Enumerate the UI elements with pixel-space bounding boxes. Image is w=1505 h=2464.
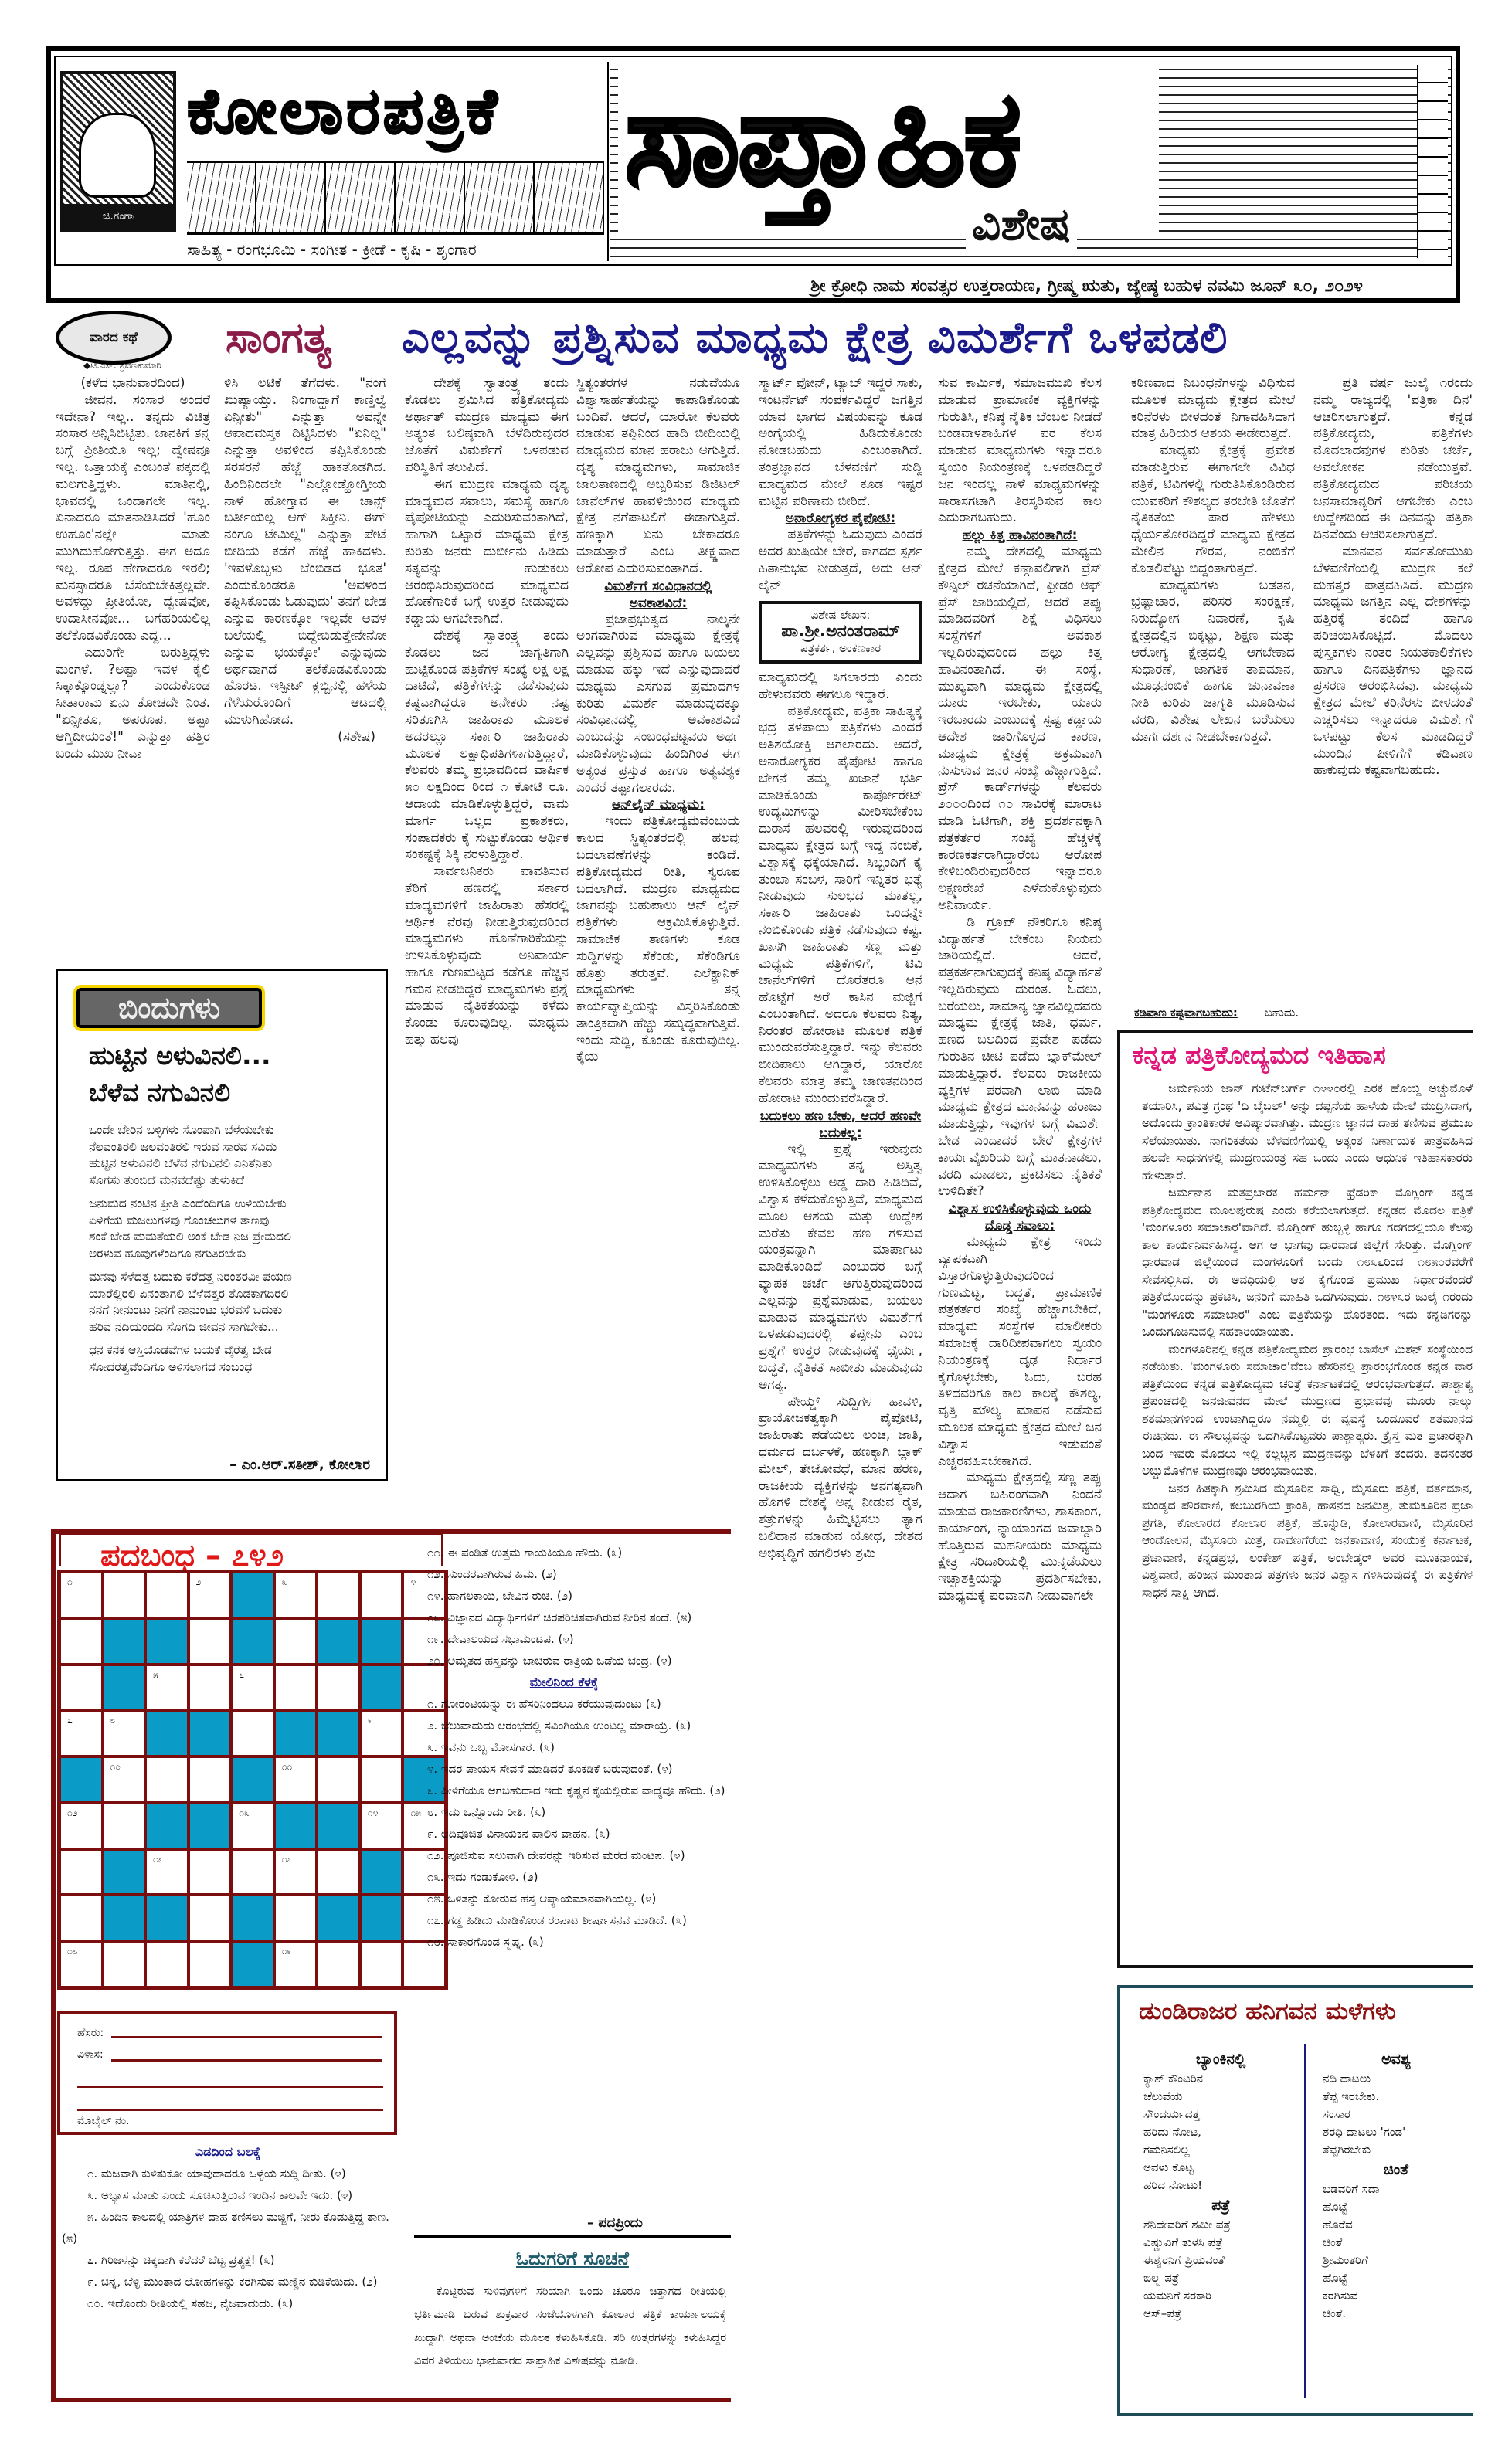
byline-name: ಪಾ.ಶ್ರೀ.ಅನಂತರಾಮ್ xyxy=(763,623,918,640)
crossword-cell[interactable]: ೧೧ xyxy=(274,1756,318,1803)
poem-line: ಹರಿದು ನೋಟ, xyxy=(1143,2123,1298,2141)
story-paragraph: ಎದುರಿಗೇ ಬರುತ್ತಿದ್ದಳು ಮಂಗಳೆ. ?ಅಪ್ಪಾ ಇವಳ ಕ… xyxy=(56,645,210,763)
crossword-cell[interactable]: ೧೯ xyxy=(274,1941,318,1987)
crossword-cell[interactable] xyxy=(59,1849,103,1896)
crossword-block-cell xyxy=(231,1941,274,1987)
crossword-cell[interactable]: ೮ xyxy=(103,1710,146,1756)
crossword-block-cell xyxy=(274,1710,318,1756)
clue: ೧೨. ಸುಂದರವಾಗಿರುವ ಹಿಮ. (೨) xyxy=(402,1563,726,1585)
crossword-block-cell xyxy=(103,1665,146,1711)
article-subheading: ಹಲ್ಲು ಕಿತ್ತ ಹಾವಿನಂತಾಗಿದೆ: xyxy=(938,527,1102,544)
crossword-block-cell xyxy=(103,1895,146,1941)
article-column-3: ಸ್ಮಾರ್ಟ್ ಫೋನ್, ಟ್ಯಾಬ್ ಇದ್ದರೆ ಸಾಕು, ಇಂಟರ್… xyxy=(759,375,922,1563)
article-paragraph: ಪ್ರಜಾಪ್ರಭುತ್ವದ ನಾಲ್ಕನೇ ಅಂಗವಾಗಿರುವ ಮಾಧ್ಯಮ… xyxy=(576,612,740,797)
crossword-block-cell xyxy=(231,1895,274,1941)
address-field[interactable] xyxy=(111,2059,382,2062)
crossword-block-cell xyxy=(103,1618,146,1665)
clue: ೩. ಅಭ್ಯಾಸ ಮಾಡು ಎಂದು ಸೂಚಿಸುತ್ತಿರುವ ಇಂದಿನ … xyxy=(62,2184,394,2206)
decorative-border xyxy=(1417,65,1448,258)
crossword-block-cell xyxy=(231,1572,274,1618)
sports-icon xyxy=(396,163,465,232)
crossword-block-cell xyxy=(231,1756,274,1803)
masthead-right-logo: ಸಾಪ್ತಾಹಿಕ ವಿಶೇಷ xyxy=(610,62,1451,261)
crossword-block-cell xyxy=(360,1849,403,1896)
article-paragraph: ದೇಶಕ್ಕೆ ಸ್ವಾತಂತ್ರ್ಯ ತಂದು ಕೊಡಲು ಶ್ರಮಿಸಿದ … xyxy=(405,375,569,477)
supplement-title: ಸಾಪ್ತಾಹಿಕ xyxy=(618,62,1159,239)
crossword-cell[interactable]: ೭ xyxy=(59,1710,103,1756)
history-paragraph: ಜರ್ಮನ್‌ನ ಮತಪ್ರಚಾರಕ ಹರ್ಮನ್ ಫ್ರೆಡರಿಕ್ ಮೊಗ್… xyxy=(1142,1184,1473,1341)
crossword-cell[interactable] xyxy=(274,1665,318,1711)
poem-heading: ಚಿಂತೆ xyxy=(1323,2159,1469,2181)
poem-line: ಶನಿದೇವರಿಗೆ ಶಮೀ ಪತ್ರೆ xyxy=(1143,2216,1298,2234)
column-divider xyxy=(1304,2044,1306,2398)
crossword-cell[interactable] xyxy=(360,1572,403,1618)
article-paragraph: ಸುವ ಕಾರ್ಮಿಕ, ಸಮಾಜಮುಖಿ ಕೆಲಸ ಮಾಡುವ ಪ್ರಾಮಾಣ… xyxy=(938,375,1102,527)
crossword-cell[interactable] xyxy=(145,1941,189,1987)
poem-line: ಆಸ್–ಪತ್ರೆ xyxy=(1143,2305,1298,2323)
article-paragraph: ಕಠಿಣವಾದ ನಿಬಂಧನೆಗಳನ್ನು ವಿಧಿಸುವ ಮೂಲಕ ಮಾಧ್ಯ… xyxy=(1131,375,1295,443)
poem-author: – ಎಂ.ಆರ್.ಸತೀಶ್, ಕೋಲಾರ xyxy=(229,1457,370,1473)
story-author: ◆ಟಿ.ಎಸ್. ಶ್ರವಣಕುಮಾರಿ xyxy=(83,360,161,372)
poem-heading: ಪತ್ರೆ xyxy=(1143,2194,1298,2216)
crossword-cell[interactable] xyxy=(145,1572,189,1618)
crossword-byline: – ಪದಪ್ರಿಂದು xyxy=(587,2215,643,2231)
reader-notice-body: ಕೊಟ್ಟಿರುವ ಸುಳಿವುಗಳಿಗೆ ಸರಿಯಾಗಿ ಒಂದು ಚೂರೂ … xyxy=(414,2280,726,2373)
crossword-block-cell xyxy=(145,1895,189,1941)
crossword-cell[interactable]: ೧೦ xyxy=(103,1756,146,1803)
closing-subheading: ಕಡಿವಾಣ ಕಷ್ಟವಾಗಬಹುದು: ಬಹುದು. xyxy=(1134,1006,1299,1020)
article-paragraph: ಪೇಯ್ಡ್ ಸುದ್ದಿಗಳ ಹಾವಳಿ, ಪ್ರಾಯೋಜಕತ್ವಕ್ಕಾಗಿ… xyxy=(759,1394,922,1563)
crossword-cell[interactable] xyxy=(231,1710,274,1756)
crossword-cell[interactable]: ೧೪ xyxy=(360,1803,403,1849)
crossword-cell[interactable] xyxy=(59,1665,103,1711)
poem-line: ಈಶ್ವರನಿಗೆ ಪ್ರಿಯವಂತೆ xyxy=(1143,2252,1298,2269)
article-paragraph: ಇಲ್ಲಿ ಪ್ರಶ್ನೆ ಇರುವುದು ಮಾಧ್ಯಮಗಳು ತನ್ನ ಅಸ್… xyxy=(759,1142,922,1394)
article-paragraph: ಸ್ಮಾರ್ಟ್ ಫೋನ್, ಟ್ಯಾಬ್ ಇದ್ದರೆ ಸಾಕು, ಇಂಟರ್… xyxy=(759,375,922,510)
poem-line: ಹೊರೆವ xyxy=(1323,2216,1469,2234)
clue: ೧೨. ಪೂಜಿಸುವ ಸಲುವಾಗಿ ದೇವರನ್ನು ಇರಿಸುವ ಮರದ … xyxy=(402,1845,726,1866)
crossword-cell[interactable] xyxy=(103,1572,146,1618)
article-subheading: ಆನ್‌ಲೈನ್ ಮಾಧ್ಯಮ: xyxy=(576,796,740,813)
crossword-cell[interactable] xyxy=(189,1849,232,1896)
history-paragraph: ಜನರ ಹಿತಕ್ಕಾಗಿ ಶ್ರಮಿಸಿದ ಮೈಸೂರಿನ ಸಾಧ್ವಿ, ಮ… xyxy=(1142,1480,1473,1602)
story-column-1: (ಕಳೆದ ಭಾನುವಾರದಿಂದ) ಜೀವನ. ಸಂಸಾರ ಅಂದರೆ ಇದೇ… xyxy=(56,375,210,762)
crossword-block-cell xyxy=(145,1618,189,1665)
poem-line: ನದಿ ದಾಟಲು xyxy=(1323,2070,1469,2088)
poem-title-line-2: ಬೆಳೆವ ನಗುವಿನಲಿ xyxy=(89,1074,271,1112)
poem-title: ಹುಟ್ಟಿನ ಅಳುವಿನಲಿ... ಬೆಳೆವ ನಗುವಿನಲಿ xyxy=(89,1037,271,1112)
agriculture-icon xyxy=(465,163,535,232)
mobile-label: ಮೊಬೈಲ್ ನಂ. xyxy=(77,2115,129,2127)
byline-role: ಪತ್ರಕರ್ತ, ಅಂಕಣಕಾರ xyxy=(763,640,918,657)
crossword-block-cell xyxy=(103,1849,146,1896)
crossword-cell[interactable] xyxy=(360,1941,403,1987)
clue: ೬. ಪೀಳಿಗೆಯೂ ಆಗಬಹುದಾದ ಇದು ಕೃಷ್ಣನ ಕೈಯಲ್ಲಿರ… xyxy=(402,1780,726,1801)
crossword-cell[interactable]: ೧೩ xyxy=(231,1803,274,1849)
poem-line: ತೆಪ್ಪಗಿರಬೇಕು xyxy=(1323,2141,1469,2159)
clue: ೧. ಗೋರಂಟಿಯನ್ನು ಈ ಹೆಸರಿನಿಂದಲೂ ಕರೆಯುವುದುಂಟ… xyxy=(402,1693,726,1715)
clue: ೧೧. ಈ ಪಂಡಿತೆ ಉತ್ತಮ ಗಾಯಕಿಯೂ ಹೌದು. (೩) xyxy=(402,1542,726,1563)
dundiraja-title: ಡುಂಡಿರಾಜರ ಹನಿಗವನ ಮಳೆಗಳು xyxy=(1139,1997,1396,2026)
emblem-caption: ಚಿ.ಗಂಗಾ xyxy=(63,204,173,229)
poem-line: ಚಿಂತೆ xyxy=(1323,2234,1469,2252)
main-headline: ಎಲ್ಲವನ್ನು ಪ್ರಶ್ನಿಸುವ ಮಾಧ್ಯಮ ಕ್ಷೇತ್ರ ವಿಮರ… xyxy=(402,307,1228,369)
clue: ೧೭. ಗಡ್ಡ ಹಿಡಿದು ಮಾಡಿಕೊಂಡ ರಂಪಾಟ ಶೀರ್ಷಾಸನವ… xyxy=(402,1909,726,1931)
poem-line: ಹೊಟ್ಟೆ xyxy=(1323,2198,1469,2216)
crossword-grid: ೧೨೩೪೫೬೭೮೯೧೦೧೧೧೨೧೩೧೪೧೫೧೬೧೭೧೮೧೯ xyxy=(57,1570,448,1990)
poem-stanza: ಮನವು ಸೆಳೆದತ್ತ ಬದುಕು ಕರೆದತ್ತ ನಿರಂತರವೀ ಪಯಣ… xyxy=(89,1269,382,1336)
crossword-cell[interactable] xyxy=(317,1756,360,1803)
clue: ೨೦. ಅಮೃತದ ಹಸ್ತವನ್ನು ಚಾಚಿರುವ ರಾತ್ರಿಯ ಒಡೆಯ… xyxy=(402,1650,726,1672)
address-label: ವಿಳಾಸ: xyxy=(77,2048,104,2061)
poem-heading: ಅವಶ್ಯ xyxy=(1323,2048,1469,2070)
crossword-block-cell xyxy=(189,1710,232,1756)
article-paragraph: ಮಾಧ್ಯಮಗಳು ಬಡತನ, ಭ್ರಷ್ಟಾಚಾರ, ಪರಿಸರ ಸಂರಕ್ಷ… xyxy=(1131,578,1295,746)
story-title: ಸಾಂಗತ್ಯ xyxy=(226,307,331,369)
poem-box: ಬಿಂದುಗಳು ಹುಟ್ಟಿನ ಅಳುವಿನಲಿ... ಬೆಳೆವ ನಗುವಿ… xyxy=(56,969,388,1481)
clue: ೧೯. ದೇವಾಲಯದ ಸಭಾಮಂಟಪ. (೪) xyxy=(402,1628,726,1650)
article-column-5: ಕಠಿಣವಾದ ನಿಬಂಧನೆಗಳನ್ನು ವಿಧಿಸುವ ಮೂಲಕ ಮಾಧ್ಯ… xyxy=(1131,375,1295,746)
history-paragraph: ಜರ್ಮನಿಯ ಜಾನ್ ಗುಟೆನ್‌ಬರ್ಗ್ ೧೪೪೦ರಲ್ಲಿ ಎರಕ … xyxy=(1142,1080,1473,1184)
crossword-cell[interactable] xyxy=(317,1849,360,1896)
article-column-2: ಸ್ಥಿತ್ಯಂತರಗಳ ನಡುವೆಯೂ ವಿಶ್ವಾಸಾರ್ಹತೆಯನ್ನು … xyxy=(576,375,740,1066)
article-paragraph: ಮಾಧ್ಯಮದಲ್ಲಿ ಸಿಗಲಾರದು ಎಂದು ಹೇಳುವವರು ಈಗಲೂ … xyxy=(759,670,922,704)
elephant-emblem: ಚಿ.ಗಂಗಾ xyxy=(60,71,176,232)
crossword-cell[interactable]: ೩ xyxy=(274,1572,318,1618)
article-paragraph: ಸಾರ್ವಜನಿಕರು ಪಾವತಿಸುವ ತೆರಿಗೆ ಹಣದಲ್ಲಿ ಸರ್ಕ… xyxy=(405,864,569,1049)
crossword-cell[interactable] xyxy=(103,1803,146,1849)
down-heading: ಮೇಲಿನಿಂದ ಕೆಳಕ್ಕೆ xyxy=(402,1672,726,1693)
crossword-cell[interactable] xyxy=(189,1665,232,1711)
closing-subheading-label: ಕಡಿವಾಣ ಕಷ್ಟವಾಗಬಹುದು: xyxy=(1134,1006,1238,1020)
crossword-cell[interactable] xyxy=(189,1895,232,1941)
crossword-cell[interactable] xyxy=(360,1756,403,1803)
arts-illustration-strip xyxy=(187,161,604,235)
poem-line: ಯಮನಿಗೆ ಸರಕಾರಿ xyxy=(1143,2287,1298,2305)
crossword-cell[interactable] xyxy=(231,1849,274,1896)
crossword-block-cell xyxy=(360,1665,403,1711)
article-paragraph: ಸ್ಥಿತ್ಯಂತರಗಳ ನಡುವೆಯೂ ವಿಶ್ವಾಸಾರ್ಹತೆಯನ್ನು … xyxy=(576,375,740,578)
poem-line: ಬಿಲ್ವ ಪತ್ರೆ xyxy=(1143,2269,1298,2287)
article-paragraph: ಮಾಧ್ಯಮ ಕ್ಷೇತ್ರ ಇಂದು ವ್ಯಾಪಕವಾಗಿ ವಿಸ್ತಾರಗೊ… xyxy=(938,1234,1102,1470)
weekly-story-badge: ವಾರದ ಕಥೆ xyxy=(56,311,172,365)
poem-line: ವಿಷ್ಣುವಿಗೆ ತುಳಸಿ ಪತ್ರೆ xyxy=(1143,2234,1298,2252)
crossword-block-cell xyxy=(274,1803,318,1849)
clue: ೧೦. ಇದೊಂದು ರೀತಿಯಲ್ಲಿ ಸಹಜ, ನೈಜವಾದುದು. (೩) xyxy=(62,2293,394,2314)
newspaper-title: ಕೋಲಾರಪತ್ರಿಕೆ xyxy=(187,70,604,154)
crossword-block-cell xyxy=(145,1710,189,1756)
story-column-2: ಳಿಸಿ ಲಟಿಕೆ ತೆಗೆದಳು. "ನಂಗೆ ಖುಷ್ಯಾಯ್ತು. ನಿ… xyxy=(224,375,386,746)
history-body: ಜರ್ಮನಿಯ ಜಾನ್ ಗುಟೆನ್‌ಬರ್ಗ್ ೧೪೪೦ರಲ್ಲಿ ಎರಕ … xyxy=(1142,1080,1473,1601)
article-column-4: ಸುವ ಕಾರ್ಮಿಕ, ಸಮಾಜಮುಖಿ ಕೆಲಸ ಮಾಡುವ ಪ್ರಾಮಾಣ… xyxy=(938,375,1102,1605)
clue: ೧೮. ಸಾಕಾರಗೊಂಡ ಸ್ವಪ್ನ. (೩) xyxy=(402,1931,726,1953)
article-paragraph: ನಮ್ಮ ದೇಶದಲ್ಲಿ ಮಾಧ್ಯಮ ಕ್ಷೇತ್ರದ ಮೇಲೆ ಕಣ್ಗಾ… xyxy=(938,544,1102,915)
poem-line: ಹೊಟ್ಟೆ xyxy=(1323,2269,1469,2287)
poem-heading: ಬ್ಯಾಂಕಿನಲ್ಲಿ xyxy=(1143,2048,1298,2070)
clue: ೪. ಇದರ ಪಾಯಸ ಸೇವನೆ ಮಾಡಿದರೆ ತೂಕಡಿಕೆ ಬರುವುದ… xyxy=(402,1758,726,1780)
name-field[interactable] xyxy=(111,2036,382,2038)
crossword-cell[interactable] xyxy=(317,1941,360,1987)
article-subheading: ಬದುಕಲು ಹಣ ಬೇಕು, ಆದರೆ ಹಣವೇ ಬದುಕಲ್ಲ: xyxy=(759,1108,922,1142)
clue: ೧೩. ಇದು ಗಂಡುಕೋಳಿ. (೨) xyxy=(402,1866,726,1888)
address-field-line-2[interactable] xyxy=(77,2086,383,2088)
article-paragraph: ಈಗ ಮುದ್ರಣ ಮಾಧ್ಯಮ ದೃಶ್ಯ ಮಾಧ್ಯಮದ ಸವಾಲು, ಸಮ… xyxy=(405,477,569,628)
author-byline-box: ವಿಶೇಷ ಲೇಖನ:ಪಾ.ಶ್ರೀ.ಅನಂತರಾಮ್ಪತ್ರಕರ್ತ, ಅಂಕ… xyxy=(759,601,922,664)
masthead-inner: ಚಿ.ಗಂಗಾ ಕೋಲಾರಪತ್ರಿಕೆ ಸಾಹಿತ್ಯ - ರಂಗಭೂಮಿ -… xyxy=(54,56,1452,266)
name-label: ಹೆಸರು: xyxy=(77,2027,104,2039)
crossword-block-cell xyxy=(145,1803,189,1849)
article-paragraph: ಮಾಧ್ಯಮ ಕ್ಷೇತ್ರಕ್ಕೆ ಪ್ರವೇಶ ಮಾಡುತ್ತಿರುವ ಈಗ… xyxy=(1131,443,1295,577)
poem-line: ಗಮನಿಸಲಿಲ್ಲ xyxy=(1143,2141,1298,2159)
story-continued-note: (ಕಳೆದ ಭಾನುವಾರದಿಂದ) xyxy=(56,375,210,392)
crossword-cell[interactable] xyxy=(274,1618,318,1665)
article-subheading: ಅನಾರೋಗ್ಯಕರ ಪೈಪೋಟಿ: xyxy=(759,510,922,527)
article-paragraph: ಮಾನವನ ಸರ್ವತೋಮುಖ ಬೆಳವಣಿಗೆಯಲ್ಲಿ ಮುದ್ರಣ ಕಲೆ… xyxy=(1313,544,1473,779)
history-paragraph: ಮಂಗಳೂರಿನಲ್ಲಿ ಕನ್ನಡ ಪತ್ರಿಕೋದ್ಯಮದ ಪ್ರಾರಂಭ … xyxy=(1142,1341,1473,1480)
clue: ೧೬. ವಿಜ್ಞಾನದ ವಿದ್ಯಾರ್ಥಿಗಳಿಗೆ ಚಿರಪರಿಚಿತವಾ… xyxy=(402,1607,726,1628)
poem-line: ಸೌಂದರ್ಯದತ್ತ xyxy=(1143,2106,1298,2123)
poem-line: ಸಂಸಾರ xyxy=(1323,2106,1469,2123)
poem-line: ಚಿಂತೆ. xyxy=(1323,2305,1469,2323)
crossword-block-cell xyxy=(317,1895,360,1941)
crossword-block-cell xyxy=(317,1710,360,1756)
dundi-right-column: ಅವಶ್ಯ ನದಿ ದಾಟಲು ತೆಪ್ಪ ಇರಬೇಕು. ಸಂಸಾರ ಶರಧಿ… xyxy=(1323,2048,1469,2323)
across-clues: ಎಡದಿಂದ ಬಲಕ್ಕೆ ೧. ಮಜವಾಗಿ ಕುಳಿತುಕೋ ಯಾವುದಾದ… xyxy=(62,2141,394,2314)
poem-stanza: ಜನುಮದ ನಂಟಿನ ಪ್ರೀತಿ ಎಂದೆಂದಿಗೂ ಉಳಿಯಬೇಕು ಏಳ… xyxy=(89,1196,382,1262)
clue: ೧೪. ಹಾಗಲಕಾಯಿ, ಬೇವಿನ ರುಚಿ. (೨) xyxy=(402,1585,726,1607)
clue: ೨. ಚೆಲುವಾದುದು ಆರಂಭದಲ್ಲಿ ಸವಿಂಗಿಯೂ ಉಂಟಲ್ಲ … xyxy=(402,1715,726,1736)
crossword-cell[interactable] xyxy=(189,1618,232,1665)
crossword-cell[interactable] xyxy=(317,1665,360,1711)
poem-body: ಒಂದೇ ಬೇರಿನ ಬಳ್ಳಿಗಳು ಸೊಂಪಾಗಿ ಬೆಳೆಯಬೇಕು ನೆ… xyxy=(89,1122,382,1383)
clue: ೫. ಹಿಂದಿನ ಕಾಲದಲ್ಲಿ ಯಾತ್ರಿಗಳ ದಾಹ ತಣಿಸಲು ಮ… xyxy=(62,2206,394,2249)
article-paragraph: ಪ್ರತಿ ವರ್ಷ ಜುಲೈ ೧ರಂದು ನಮ್ಮ ರಾಜ್ಯದಲ್ಲಿ 'ಪ… xyxy=(1313,375,1473,544)
poem-title-line-1: ಹುಟ್ಟಿನ ಅಳುವಿನಲಿ... xyxy=(89,1037,271,1074)
poem-line: ಹರಿದ ನೋಟು! xyxy=(1143,2177,1298,2194)
divider xyxy=(414,2235,731,2238)
reader-notice-title: ಓದುಗರಿಗೆ ಸೂಚನೆ xyxy=(414,2248,731,2269)
literature-icon xyxy=(187,163,256,232)
crossword-cell[interactable] xyxy=(103,1941,146,1987)
music-icon xyxy=(326,163,396,232)
poem-line: ಬಡವರಿಗೆ ಸದಾ xyxy=(1323,2181,1469,2198)
across-heading: ಎಡದಿಂದ ಬಲಕ್ಕೆ xyxy=(62,2141,394,2163)
crossword-block-cell xyxy=(189,1803,232,1849)
crossword-cell[interactable]: ೧ xyxy=(59,1572,103,1618)
poem-line: ಚೆಲುವೆಯ xyxy=(1143,2088,1298,2106)
crossword-cell[interactable]: ೧೬ xyxy=(145,1849,189,1896)
story-paragraph: ಜೀವನ. ಸಂಸಾರ ಅಂದರೆ ಇದೇನಾ? ಇಲ್ಲ.. ತನ್ನದು ವ… xyxy=(56,392,210,645)
clue: ೮. ಇದು ಒನ್ನೊಂದು ರೀತಿ. (೩) xyxy=(402,1801,726,1823)
clue: ೧. ಮಜವಾಗಿ ಕುಳಿತುಕೋ ಯಾವುದಾದರೂ ಒಳ್ಳೆಯ ಸುದ್… xyxy=(62,2163,394,2184)
supplement-subtitle: ವಿಶೇಷ xyxy=(966,193,1077,255)
theatre-icon xyxy=(256,163,326,232)
crossword-block-cell xyxy=(59,1756,103,1803)
story-paragraph: ಳಿಸಿ ಲಟಿಕೆ ತೆಗೆದಳು. "ನಂಗೆ ಖುಷ್ಯಾಯ್ತು. ನಿ… xyxy=(224,375,386,729)
crossword-block-cell xyxy=(317,1803,360,1849)
dateline: ಶ್ರೀ ಕ್ರೋಧಿ ನಾಮ ಸಂವತ್ಸರ ಉತ್ತರಾಯಣ, ಗ್ರೀಷ್… xyxy=(810,277,1363,296)
crossword-cell[interactable] xyxy=(189,1941,232,1987)
article-paragraph: ಇಂದು ಪತ್ರಿಕೋದ್ಯಮವೆಂಬುದು ಕಾಲದ ಸ್ಥಿತ್ಯಂತರದ… xyxy=(576,813,740,1066)
crossword-cell[interactable]: ೧೨ xyxy=(59,1803,103,1849)
crossword-cell[interactable] xyxy=(59,1618,103,1665)
bindugalu-section-label: ಬಿಂದುಗಳು xyxy=(76,988,262,1028)
crossword-cell[interactable] xyxy=(189,1756,232,1803)
clue: ೧೫. ಒಳಿತನ್ನು ಕೋರುವ ಹಸ್ತ ಆಪ್ಯಾಯಮಾನವಾಗಿಯಲ್… xyxy=(402,1888,726,1909)
history-title: ಕನ್ನಡ ಪತ್ರಿಕೋದ್ಯಮದ ಇತಿಹಾಸ xyxy=(1133,1037,1386,1074)
article-paragraph: ಡಿ ಗ್ರೂಪ್ ನೌಕರಿಗೂ ಕನಿಷ್ಠ ವಿದ್ಯಾರ್ಹತೆ ಬೇಕ… xyxy=(938,915,1102,1201)
clue: ೯. ಆದಿಪೂಜಿತ ವಿನಾಯಕನ ಪಾಲಿನ ವಾಹನ. (೩) xyxy=(402,1823,726,1845)
article-column-1: ದೇಶಕ್ಕೆ ಸ್ವಾತಂತ್ರ್ಯ ತಂದು ಕೊಡಲು ಶ್ರಮಿಸಿದ … xyxy=(405,375,569,1049)
elephant-icon xyxy=(79,113,156,198)
crossword-cell[interactable]: ೬ xyxy=(231,1665,274,1711)
article-subheading: ವಿಮರ್ಶೆಗೆ ಸಂವಿಧಾನದಲ್ಲಿ ಅವಕಾಶವಿದೆ: xyxy=(576,578,740,612)
masthead: ಚಿ.ಗಂಗಾ ಕೋಲಾರಪತ್ರಿಕೆ ಸಾಹಿತ್ಯ - ರಂಗಭೂಮಿ -… xyxy=(46,46,1460,303)
clue: ೭. ಗಿರಿಜಳನ್ನು ಚಿಕ್ಕದಾಗಿ ಕರೆದರೆ ಬೆಟ್ಟ ಪ್ರ… xyxy=(62,2249,394,2271)
article-paragraph: ಪತ್ರಿಕೋದ್ಯಮ, ಪತ್ರಿಕಾ ಸಾಹಿತ್ಯಕ್ಕೆ ಭದ್ರ ತಳ… xyxy=(759,704,922,1108)
crossword-block-cell xyxy=(317,1618,360,1665)
story-continues: (ಸಶೇಷ) xyxy=(224,729,386,746)
crossword-cell[interactable]: ೧೮ xyxy=(59,1941,103,1987)
clue: ೯. ಚಿನ್ನ, ಬೆಳ್ಳಿ ಮುಂತಾದ ಲೋಹಗಳನ್ನು ಕರಗಿಸು… xyxy=(62,2271,394,2293)
crossword-cell[interactable] xyxy=(317,1572,360,1618)
masthead-tagline: ಸಾಹಿತ್ಯ - ರಂಗಭೂಮಿ - ಸಂಗೀತ - ಕ್ರೀಡೆ - ಕೃಷ… xyxy=(187,238,604,261)
crossword-cell[interactable] xyxy=(145,1756,189,1803)
poem-line: ಶರಧಿ ದಾಟಲು 'ಗಂಡ' xyxy=(1323,2123,1469,2141)
crossword-block-cell xyxy=(360,1895,403,1941)
poem-stanza: ಧನ ಕನಕ ಆಸ್ತಿಯೊಡವೆಗಳ ಬಯಕೆ ವೈರತ್ವ ಬೇಡ ಸೋದರ… xyxy=(89,1342,382,1376)
masthead-left-logo: ಚಿ.ಗಂಗಾ ಕೋಲಾರಪತ್ರಿಕೆ ಸಾಹಿತ್ಯ - ರಂಗಭೂಮಿ -… xyxy=(56,62,609,261)
poem-stanza: ಒಂದೇ ಬೇರಿನ ಬಳ್ಳಿಗಳು ಸೊಂಪಾಗಿ ಬೆಳೆಯಬೇಕು ನೆ… xyxy=(89,1122,382,1189)
ball-icon xyxy=(535,163,604,232)
crossword-cell[interactable] xyxy=(274,1895,318,1941)
crossword-cell[interactable] xyxy=(59,1895,103,1941)
article-column-6: ಪ್ರತಿ ವರ್ಷ ಜುಲೈ ೧ರಂದು ನಮ್ಮ ರಾಜ್ಯದಲ್ಲಿ 'ಪ… xyxy=(1313,375,1473,779)
poem-line: ಕರಗಿಸುವ xyxy=(1323,2287,1469,2305)
crossword-cell[interactable]: ೧೭ xyxy=(274,1849,318,1896)
closing-subheading-tail: ಬಹುದು. xyxy=(1265,1006,1299,1020)
article-paragraph: ಮಾಧ್ಯಮ ಕ್ಷೇತ್ರದಲ್ಲಿ ಸಣ್ಣ ತಪ್ಪು ಆದಾಗ ಬಹಿರ… xyxy=(938,1470,1102,1604)
entry-form: ಹೆಸರು: ವಿಳಾಸ: ಮೊಬೈಲ್ ನಂ. xyxy=(57,2011,397,2135)
poem-line: ಶ್ರೀಮಂತರಿಗೆ xyxy=(1323,2252,1469,2269)
clue: ೩. ಇವನು ಒಬ್ಬ ಮೋಸಗಾರ. (೩) xyxy=(402,1736,726,1758)
poem-line: ಕ್ಯಾಶ್ ಕೌಂಟರಿನ xyxy=(1143,2070,1298,2088)
crossword-cell[interactable]: ೯ xyxy=(360,1710,403,1756)
poem-line: ತೆಪ್ಪ ಇರಬೇಕು. xyxy=(1323,2088,1469,2106)
article-subheading: ವಿಶ್ವಾಸ ಉಳಿಸಿಕೊಳ್ಳುವುದು ಒಂದು ದೊಡ್ಡ ಸವಾಲು… xyxy=(938,1200,1102,1234)
address-field-line-3[interactable] xyxy=(77,2109,383,2111)
crossword-cell[interactable]: ೨ xyxy=(189,1572,232,1618)
poem-line: ಅವಳು ಕೊಟ್ಟ xyxy=(1143,2159,1298,2177)
crossword-cell[interactable]: ೫ xyxy=(145,1665,189,1711)
dundi-left-column: ಬ್ಯಾಂಕಿನಲ್ಲಿ ಕ್ಯಾಶ್ ಕೌಂಟರಿನ ಚೆಲುವೆಯ ಸೌಂದ… xyxy=(1143,2048,1298,2323)
crossword-block-cell xyxy=(231,1618,274,1665)
byline-label: ವಿಶೇಷ ಲೇಖನ: xyxy=(763,607,918,624)
crossword-block-cell xyxy=(360,1618,403,1665)
article-paragraph: ದೇಶಕ್ಕೆ ಸ್ವಾತಂತ್ರ್ಯ ತಂದು ಕೊಡಲು ಜನ ಜಾಗೃತಿ… xyxy=(405,628,569,864)
more-clues: ೧೧. ಈ ಪಂಡಿತೆ ಉತ್ತಮ ಗಾಯಕಿಯೂ ಹೌದು. (೩) ೧೨.… xyxy=(402,1542,726,1953)
article-paragraph: ಪತ್ರಿಕೆಗಳನ್ನು ಓದುವುದು ಎಂದರೆ ಅದರ ಖುಷಿಯೇ ಬ… xyxy=(759,527,922,594)
